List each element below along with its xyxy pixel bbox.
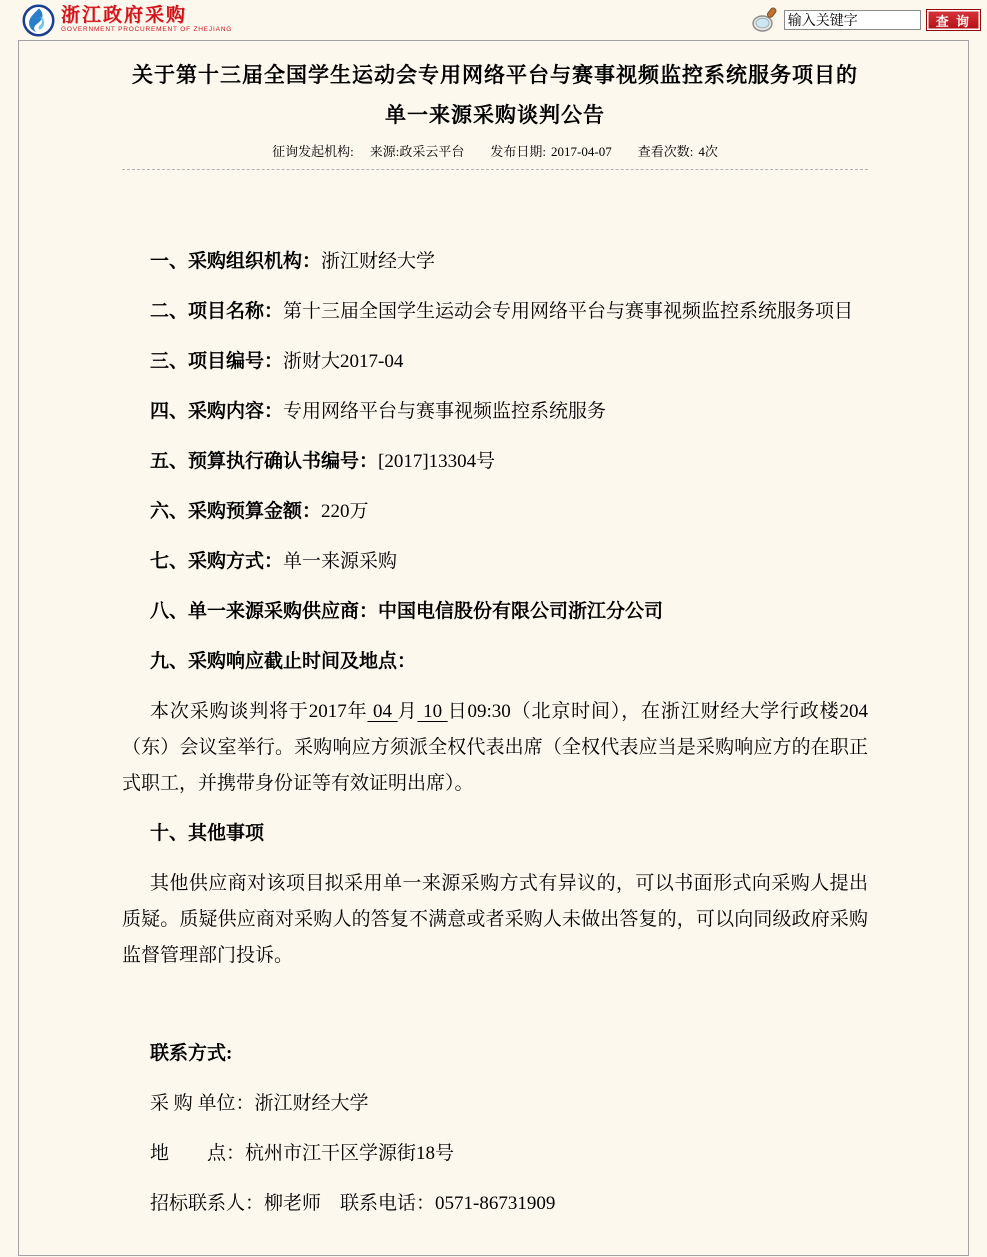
page-header: 浙江政府采购 GOVERNMENT PROCUREMENT OF ZHEJIAN… xyxy=(0,0,987,40)
meta-views-value: 4次 xyxy=(698,144,718,159)
item-value: 单一来源采购 xyxy=(283,551,397,572)
item-purchasing-org: 一、采购组织机构：浙江财经大学 xyxy=(122,244,868,280)
contact-person-line: 招标联系人：柳老师 联系电话：0571-86731909 xyxy=(122,1186,868,1222)
meta-inquiry-org-label: 征询发起机构: xyxy=(272,144,354,159)
item-label: 二、项目名称： xyxy=(150,301,283,322)
search-button[interactable]: 查 询 xyxy=(926,9,981,31)
item-label: 四、采购内容： xyxy=(150,401,283,422)
zhejiang-procurement-emblem-icon xyxy=(22,4,55,37)
meta-source: 来源:政采云平台 xyxy=(370,144,465,159)
item-label: 一、采购组织机构： xyxy=(150,251,321,272)
deadline-month-underlined: 04 xyxy=(367,701,397,722)
other-matters-title: 十、其他事项 xyxy=(122,816,868,852)
announcement-panel: 关于第十三届全国学生运动会专用网络平台与赛事视频监控系统服务项目的单一来源采购谈… xyxy=(18,40,969,1256)
other-matters-paragraph: 其他供应商对该项目拟采用单一来源采购方式有异议的，可以书面形式向采购人提出质疑。… xyxy=(122,866,868,974)
meta-views-label: 查看次数: xyxy=(638,144,694,159)
deadline-day-underlined: 10 xyxy=(418,701,448,722)
deadline-paragraph: 本次采购谈判将于2017年 04 月 10 日09:30（北京时间），在浙江财经… xyxy=(122,694,868,802)
item-value: 中国电信股份有限公司浙江分公司 xyxy=(378,601,663,622)
item-response-deadline: 九、采购响应截止时间及地点： xyxy=(122,644,868,680)
contact-purchaser-line: 采 购 单位：浙江财经大学 xyxy=(122,1086,868,1122)
item-value: 专用网络平台与赛事视频监控系统服务 xyxy=(283,401,606,422)
item-procurement-method: 七、采购方式：单一来源采购 xyxy=(122,544,868,580)
announcement-meta: 征询发起机构:来源:政采云平台发布日期:2017-04-07查看次数:4次 xyxy=(122,143,868,161)
item-value: [2017]13304号 xyxy=(378,451,495,472)
deadline-seg2: 月 xyxy=(398,701,418,722)
meta-publish-date-value: 2017-04-07 xyxy=(551,144,612,159)
logo-text: 浙江政府采购 GOVERNMENT PROCUREMENT OF ZHEJIAN… xyxy=(61,6,232,34)
item-budget-amount: 六、采购预算金额：220万 xyxy=(122,494,868,530)
logo-title: 浙江政府采购 xyxy=(61,6,232,25)
item-value: 浙江财经大学 xyxy=(321,251,435,272)
item-single-source-supplier: 八、单一来源采购供应商：中国电信股份有限公司浙江分公司 xyxy=(122,594,868,630)
site-logo[interactable]: 浙江政府采购 GOVERNMENT PROCUREMENT OF ZHEJIAN… xyxy=(22,4,232,37)
item-project-name: 二、项目名称：第十三届全国学生运动会专用网络平台与赛事视频监控系统服务项目 xyxy=(122,294,868,330)
item-value: 第十三届全国学生运动会专用网络平台与赛事视频监控系统服务项目 xyxy=(283,301,853,322)
item-procurement-content: 四、采购内容：专用网络平台与赛事视频监控系统服务 xyxy=(122,394,868,430)
logo-subtitle: GOVERNMENT PROCUREMENT OF ZHEJIANG xyxy=(61,27,232,34)
announcement-body: 一、采购组织机构：浙江财经大学 二、项目名称：第十三届全国学生运动会专用网络平台… xyxy=(122,170,868,1222)
item-label: 五、预算执行确认书编号： xyxy=(150,451,378,472)
item-value: 浙财大2017-04 xyxy=(283,351,403,372)
meta-publish-date-label: 发布日期: xyxy=(490,144,546,159)
item-value: 220万 xyxy=(321,501,369,522)
contact-title: 联系方式: xyxy=(122,1036,868,1072)
deadline-seg1: 本次采购谈判将于2017年 xyxy=(150,701,367,722)
item-label: 三、项目编号： xyxy=(150,351,283,372)
item-label: 六、采购预算金额： xyxy=(150,501,321,522)
item-label: 九、采购响应截止时间及地点： xyxy=(150,651,416,672)
item-budget-confirmation-number: 五、预算执行确认书编号：[2017]13304号 xyxy=(122,444,868,480)
announcement-title: 关于第十三届全国学生运动会专用网络平台与赛事视频监控系统服务项目的单一来源采购谈… xyxy=(122,55,868,135)
contact-section: 联系方式: 采 购 单位：浙江财经大学 地 点：杭州市江干区学源街18号 招标联… xyxy=(122,1036,868,1222)
item-label: 七、采购方式： xyxy=(150,551,283,572)
search-bar: 查 询 xyxy=(751,7,981,33)
contact-address-line: 地 点：杭州市江干区学源街18号 xyxy=(122,1136,868,1172)
magnifier-icon xyxy=(751,7,779,33)
item-label: 八、单一来源采购供应商： xyxy=(150,601,378,622)
search-input[interactable] xyxy=(784,10,921,30)
item-project-number: 三、项目编号：浙财大2017-04 xyxy=(122,344,868,380)
